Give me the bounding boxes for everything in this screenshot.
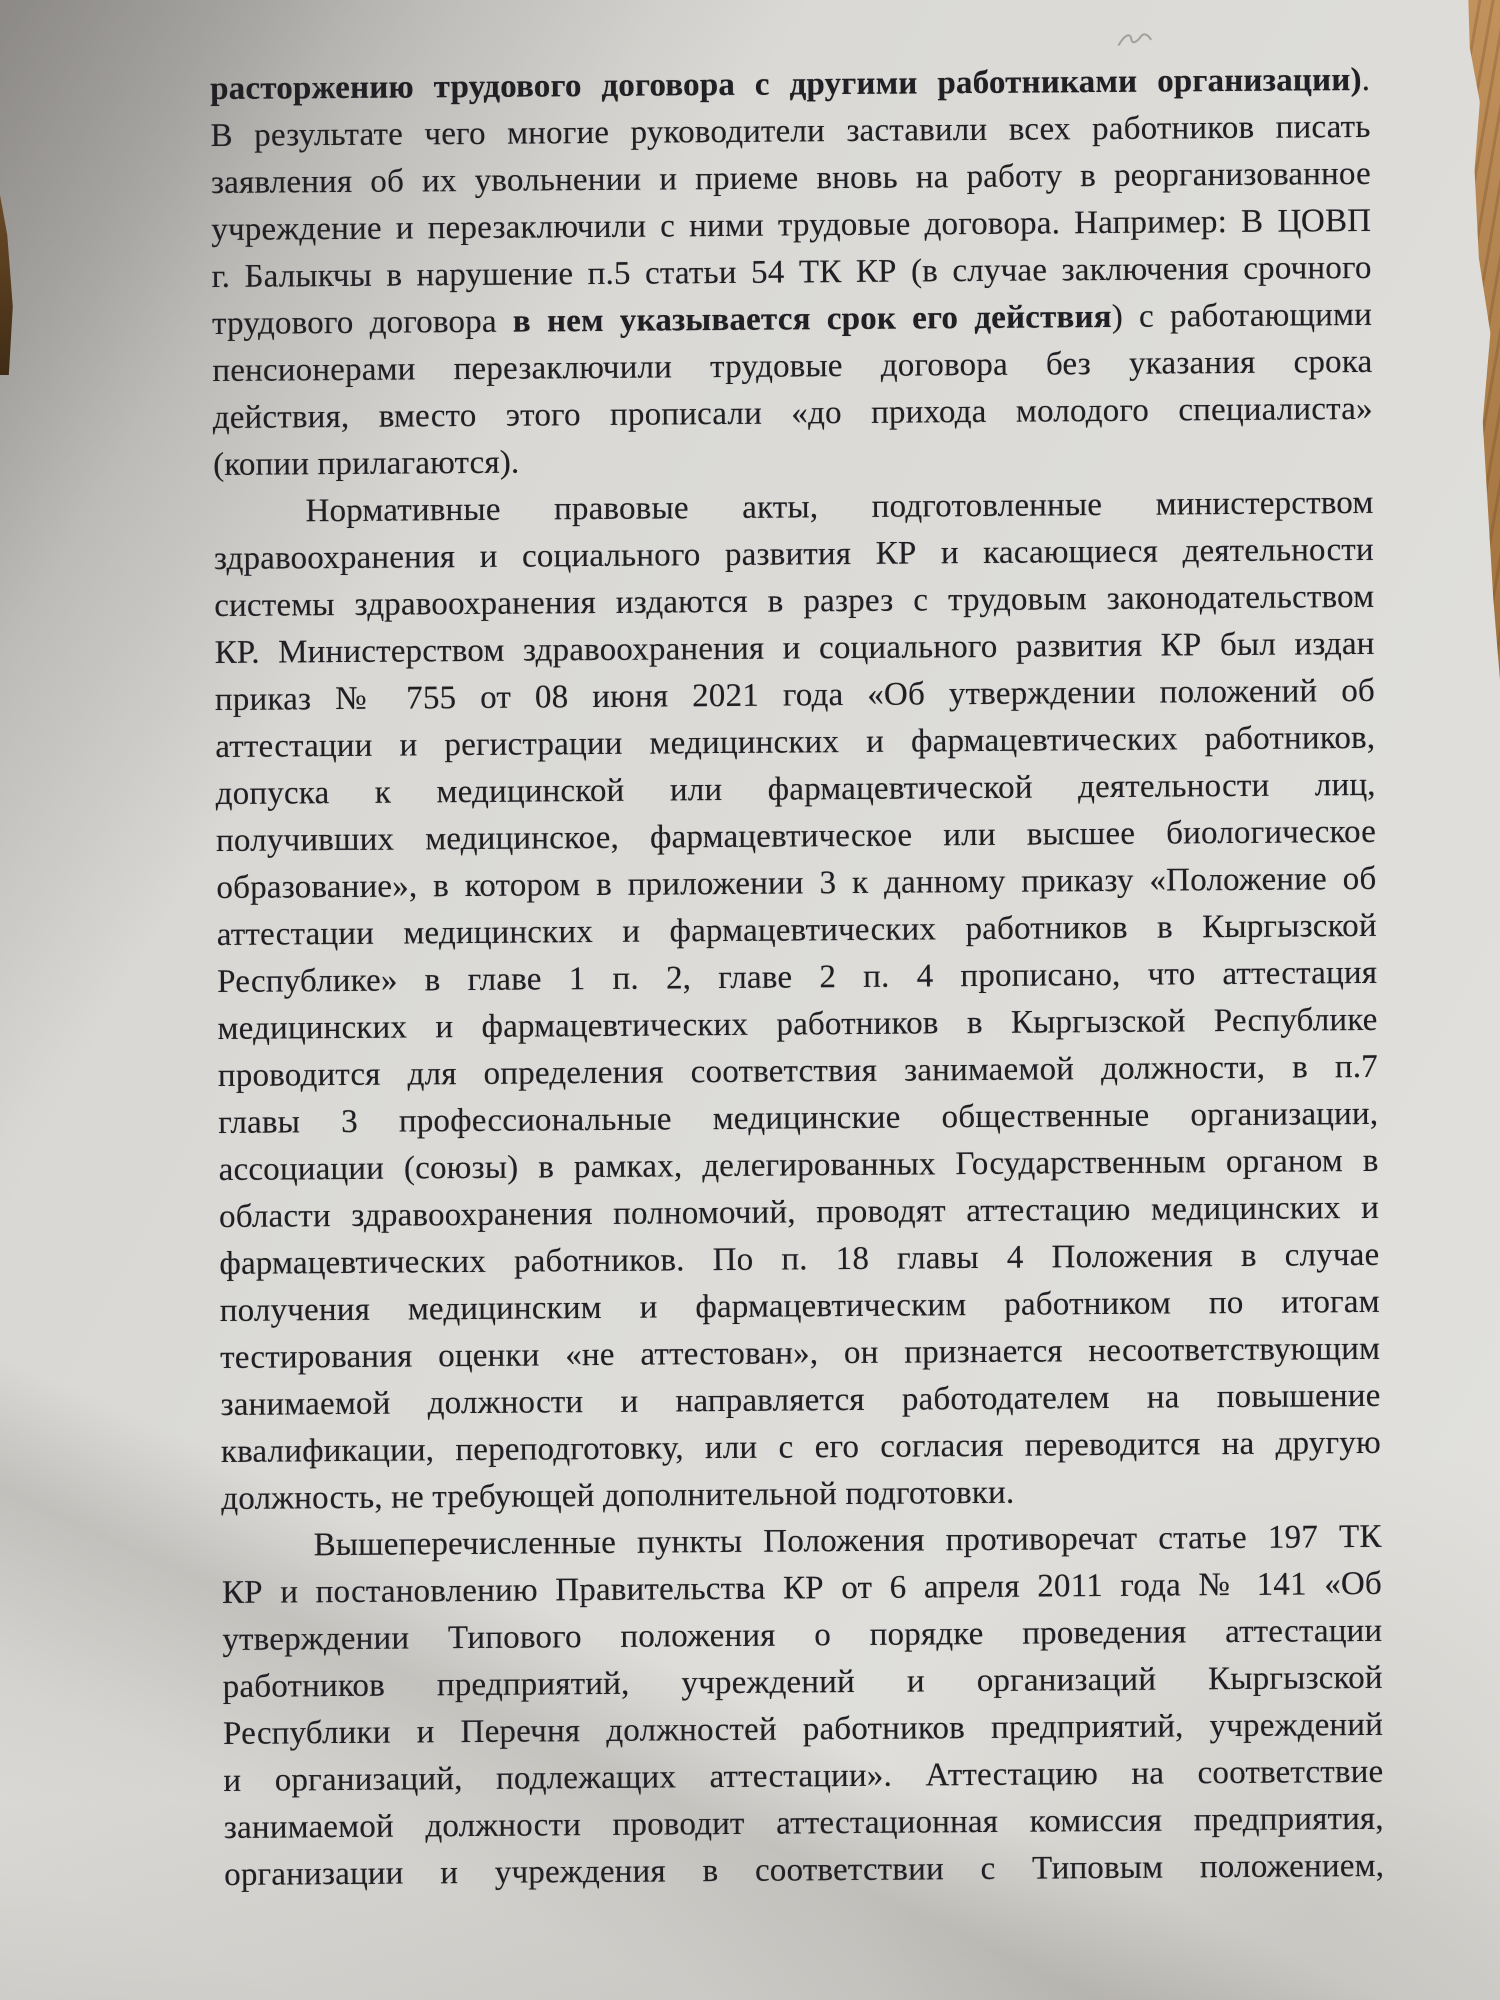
text-segment: занимаемой должности проводит аттестацио… [224, 1801, 1384, 1846]
text-segment: КР и постановлению Правительства КР от 6… [222, 1566, 1382, 1611]
text-segment: здравоохранения и социального развития К… [214, 532, 1374, 577]
text-segment: медицинских и фармацевтических работнико… [217, 1002, 1377, 1047]
bold-text-segment: в нем указывается срок его действия [513, 299, 1112, 340]
text-segment: допуска к медицинской или фармацевтическ… [216, 767, 1376, 812]
text-segment: Нормативные правовые акты, подготовленны… [305, 485, 1373, 529]
text-segment: . [1362, 62, 1371, 98]
text-segment: Республике» в главе 1 п. 2, главе 2 п. 4… [217, 955, 1377, 1000]
bold-text-segment: расторжению трудового договора с другими… [210, 62, 1362, 107]
text-segment: работников предприятий, учреждений и орг… [223, 1660, 1383, 1705]
text-segment: пенсионерами перезаключили трудовые дого… [212, 344, 1372, 389]
text-segment: системы здравоохранения издаются в разре… [214, 579, 1374, 624]
text-segment: занимаемой должности и направляется рабо… [220, 1378, 1380, 1423]
text-segment: ассоциации (союзы) в рамках, делегирован… [219, 1143, 1379, 1188]
text-segment: учреждение и перезаключили с ними трудов… [211, 203, 1371, 248]
text-segment: Республики и Перечня должностей работник… [223, 1707, 1383, 1752]
text-line: действия, вместо этого прописали «до при… [213, 386, 1373, 442]
text-segment: приказ № 755 от 08 июня 2021 года «Об ут… [215, 673, 1375, 718]
text-segment: трудового договора [212, 304, 513, 342]
text-segment: проводится для определения соответствия … [218, 1049, 1378, 1094]
text-segment: должность, не требующей дополнительной п… [221, 1475, 1014, 1517]
text-line: квалификации, переподготовку, или с его … [221, 1420, 1381, 1476]
text-segment: В результате чего многие руководители за… [210, 109, 1370, 154]
text-segment: организации и учреждения в соответствии … [224, 1848, 1384, 1893]
text-segment: квалификации, переподготовку, или с его … [221, 1425, 1381, 1470]
text-segment: действия, вместо этого прописали «до при… [213, 391, 1373, 436]
text-segment: г. Балыкчы в нарушение п.5 статьи 54 ТК … [212, 250, 1372, 295]
text-line: организации и учреждения в соответствии … [224, 1843, 1384, 1899]
text-segment: фармацевтических работников. По п. 18 гл… [219, 1237, 1379, 1282]
text-segment: получения медицинским и фармацевтическим… [220, 1284, 1380, 1329]
text-segment: (копии прилагаются). [213, 445, 520, 483]
text-segment: образование», в котором в приложении 3 к… [216, 861, 1376, 906]
text-segment: утверждении Типового положения о порядке… [222, 1613, 1382, 1658]
text-segment: получивших медицинское, фармацевтическое… [216, 814, 1376, 859]
text-segment: области здравоохранения полномочий, пров… [219, 1190, 1379, 1235]
text-segment: тестирования оценки «не аттестован», он … [220, 1331, 1380, 1376]
text-segment: ) с работающими [1112, 297, 1373, 335]
document-photo: расторжению трудового договора с другими… [0, 0, 1500, 2000]
text-segment: и организаций, подлежащих аттестации». А… [223, 1754, 1383, 1799]
text-segment: Вышеперечисленные пункты Положения проти… [313, 1519, 1381, 1563]
text-segment: аттестации и регистрации медицинских и ф… [215, 720, 1375, 765]
text-segment: заявления об их увольнении и приеме внов… [211, 156, 1371, 201]
text-segment: аттестации медицинских и фармацевтически… [217, 908, 1377, 953]
text-segment: КР. Министерством здравоохранения и соци… [214, 626, 1374, 671]
document-text: расторжению трудового договора с другими… [210, 57, 1384, 1899]
text-segment: главы 3 профессиональные медицинские общ… [218, 1096, 1378, 1141]
